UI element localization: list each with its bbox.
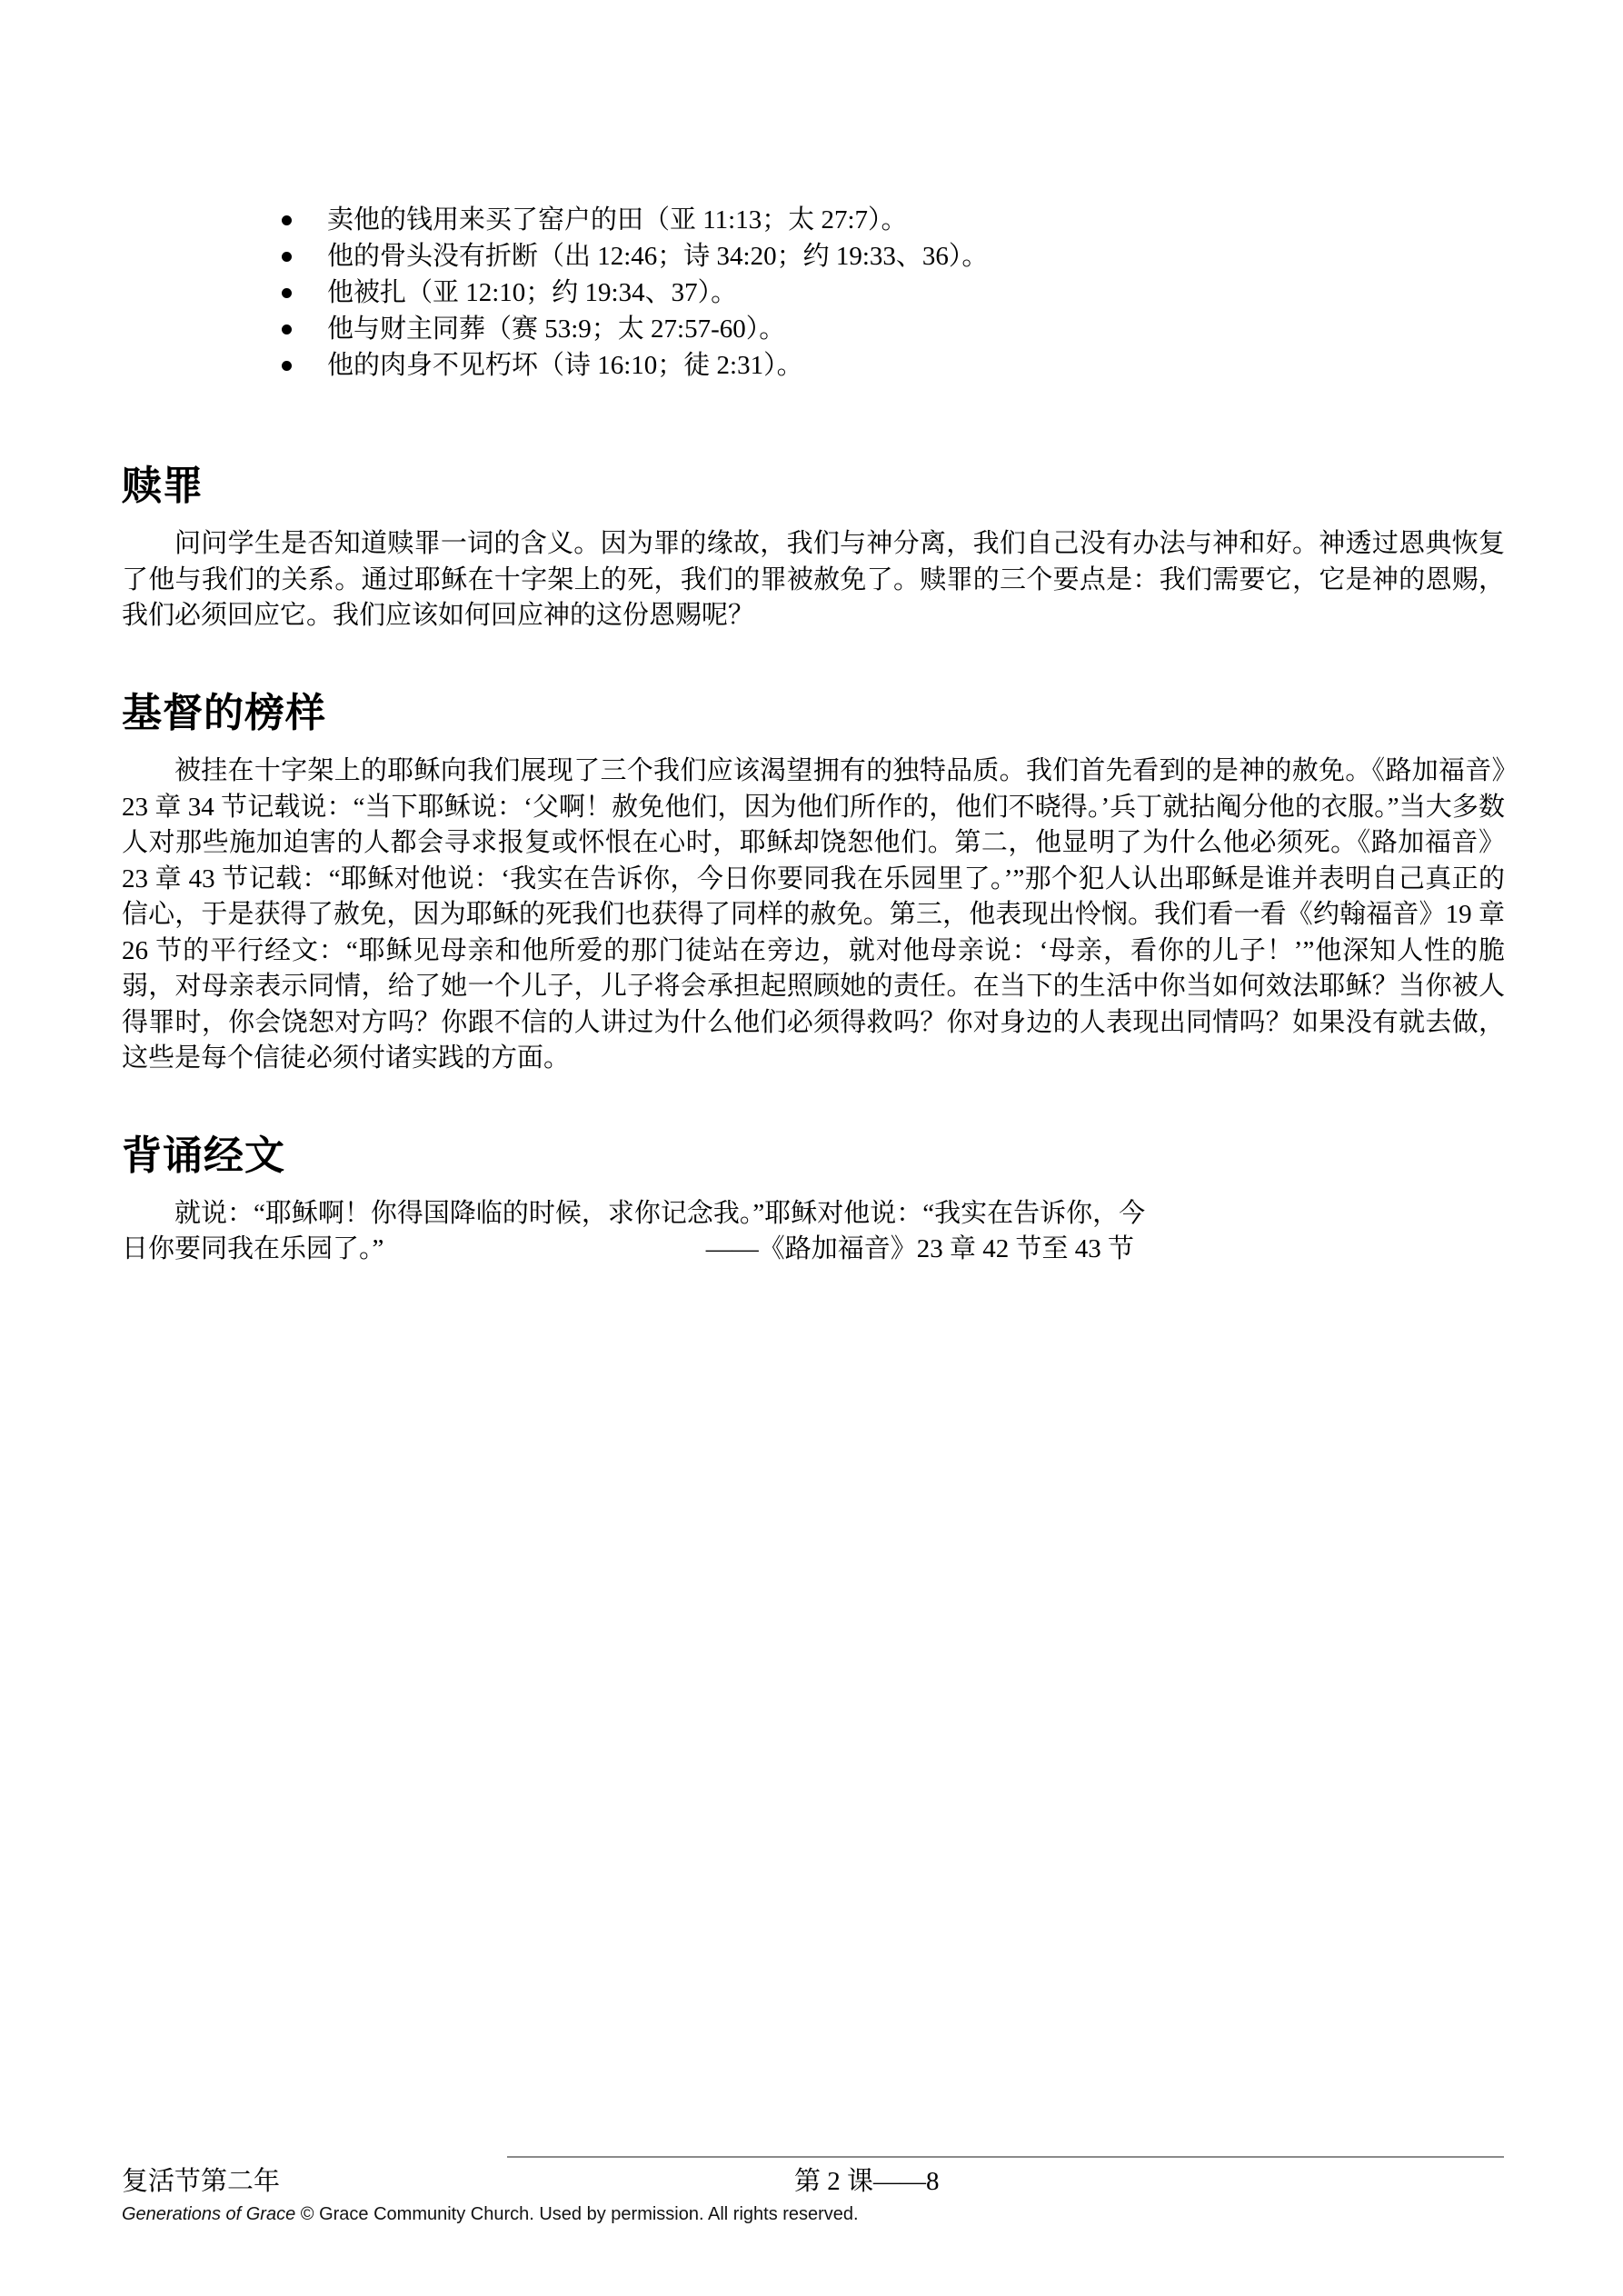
section-heading-christs-example: 基督的榜样: [122, 691, 1505, 735]
footer-divider: [507, 2156, 1504, 2158]
prophecy-bullet-list: 卖他的钱用来买了窑户的田（亚 11:13；太 27:7）。 他的骨头没有折断（出…: [122, 202, 1505, 384]
memory-verse-line2: 日你要同我在乐园了。” ——《路加福音》23 章 42 节至 43 节: [122, 1232, 1505, 1268]
list-item: 他被扎（亚 12:10；约 19:34、37）。: [122, 275, 1505, 311]
list-item: 卖他的钱用来买了窑户的田（亚 11:13；太 27:7）。: [122, 202, 1505, 238]
footer-lesson-page-number: 第 2 课——8: [794, 2166, 940, 2197]
section-heading-atonement: 赎罪: [122, 464, 1505, 508]
section-body-atonement: 问问学生是否知道赎罪一词的含义。因为罪的缘故，我们与神分离，我们自己没有办法与神…: [122, 526, 1505, 634]
document-page: 卖他的钱用来买了窑户的田（亚 11:13；太 27:7）。 他的骨头没有折断（出…: [0, 0, 1623, 2296]
list-item: 他与财主同葬（赛 53:9；太 27:57-60）。: [122, 311, 1505, 347]
footer-copyright: Generations of Grace © Grace Community C…: [122, 2203, 859, 2225]
memory-verse-line2-text: 日你要同我在乐园了。”: [122, 1232, 383, 1268]
footer-copyright-text: © Grace Community Church. Used by permis…: [295, 2204, 858, 2224]
list-item: 他的肉身不见朽坏（诗 16:10；徒 2:31）。: [122, 347, 1505, 384]
footer-copyright-series: Generations of Grace: [122, 2204, 295, 2224]
list-item: 他的骨头没有折断（出 12:46；诗 34:20；约 19:33、36）。: [122, 238, 1505, 275]
document-content: 卖他的钱用来买了窑户的田（亚 11:13；太 27:7）。 他的骨头没有折断（出…: [122, 0, 1505, 1268]
memory-verse-attribution: ——《路加福音》23 章 42 节至 43 节: [706, 1232, 1134, 1268]
footer-series-title: 复活节第二年: [122, 2166, 280, 2197]
section-heading-memory-verse: 背诵经文: [122, 1133, 1505, 1178]
memory-verse-line1: 就说：“耶稣啊！你得国降临的时候，求你记念我。”耶稣对他说：“我实在告诉你，今: [122, 1196, 1505, 1233]
section-body-christs-example: 被挂在十字架上的耶稣向我们展现了三个我们应该渴望拥有的独特品质。我们首先看到的是…: [122, 754, 1505, 1077]
